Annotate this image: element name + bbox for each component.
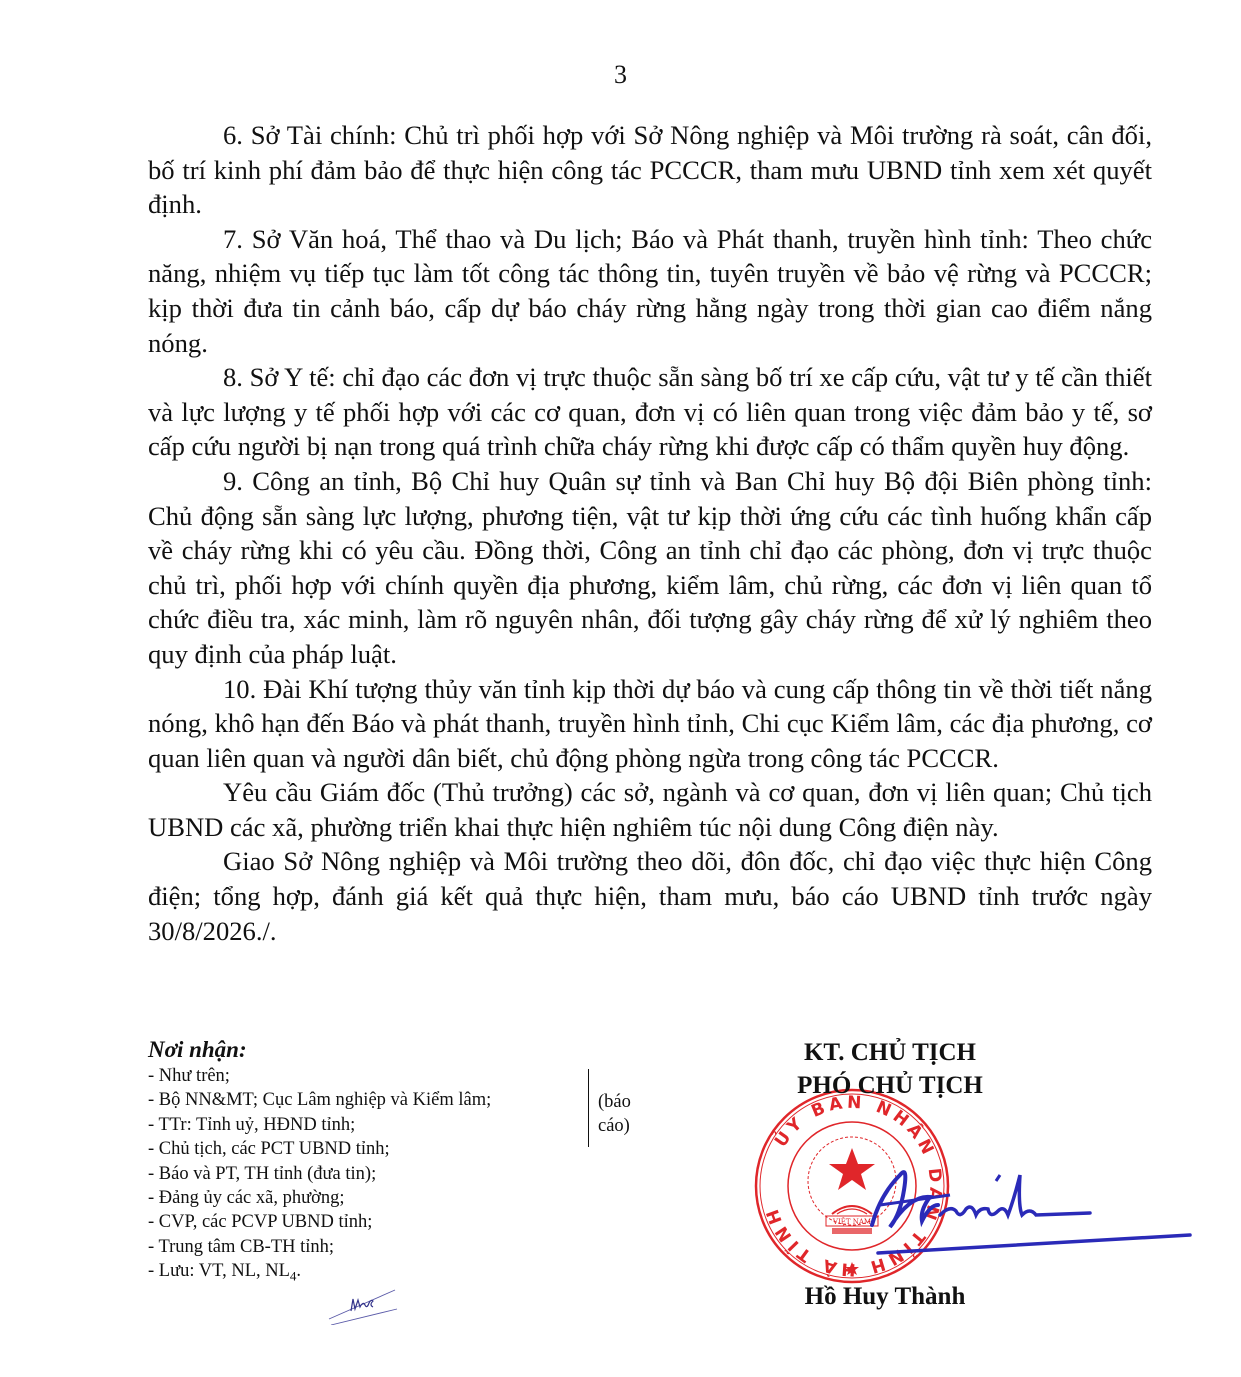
recipients-title: Nơi nhận: (148, 1036, 668, 1064)
recipients-block: Nơi nhận: - Như trên; - Bộ NN&MT; Cục Lâ… (148, 1036, 668, 1289)
bracket-note: (báo cáo) (598, 1090, 648, 1138)
paragraph-item-8: 8. Sở Y tế: chỉ đạo các đơn vị trực thuộ… (148, 360, 1152, 464)
recipient-item: - TTr: Tỉnh uỷ, HĐND tỉnh; (148, 1113, 668, 1137)
archive-label: - Lưu: VT, NL, NL (148, 1261, 290, 1281)
bracket-divider (588, 1069, 590, 1147)
paragraph-item-6: 6. Sở Tài chính: Chủ trì phối hợp với Sở… (148, 118, 1152, 222)
recipient-item: - CVP, các PCVP UBND tỉnh; (148, 1210, 668, 1234)
paragraph-assignment: Giao Sở Nông nghiệp và Môi trường theo d… (148, 844, 1152, 948)
signature-title-line1: KT. CHỦ TỊCH (740, 1036, 1040, 1069)
recipient-item: - Trung tâm CB-TH tỉnh; (148, 1235, 668, 1259)
archive-suffix: . (296, 1261, 301, 1281)
paragraph-item-7: 7. Sở Văn hoá, Thể thao và Du lịch; Báo … (148, 222, 1152, 360)
recipient-item: - Bộ NN&MT; Cục Lâm nghiệp và Kiểm lâm; (148, 1088, 668, 1112)
handwritten-signature-icon (860, 1135, 1200, 1255)
recipients-list: - Như trên; - Bộ NN&MT; Cục Lâm nghiệp v… (148, 1064, 668, 1289)
recipient-item: - Báo và PT, TH tỉnh (đưa tin); (148, 1162, 668, 1186)
paragraph-item-9: 9. Công an tỉnh, Bộ Chỉ huy Quân sự tỉnh… (148, 464, 1152, 672)
signature-title-line2: PHÓ CHỦ TỊCH (740, 1069, 1040, 1102)
signature-block: KT. CHỦ TỊCH PHÓ CHỦ TỊCH (740, 1036, 1040, 1102)
page-number: 3 (0, 60, 1241, 90)
signer-name: Hồ Huy Thành (740, 1283, 1030, 1311)
document-body: 6. Sở Tài chính: Chủ trì phối hợp với Sở… (148, 118, 1152, 948)
initials-signature-icon (325, 1285, 400, 1325)
paragraph-item-10: 10. Đài Khí tượng thủy văn tỉnh kịp thời… (148, 672, 1152, 776)
recipient-item: - Chủ tịch, các PCT UBND tỉnh; (148, 1137, 668, 1161)
recipient-item: - Đảng ủy các xã, phường; (148, 1186, 668, 1210)
recipient-item-archive: - Lưu: VT, NL, NL4. (148, 1259, 668, 1289)
paragraph-request: Yêu cầu Giám đốc (Thủ trưởng) các sở, ng… (148, 775, 1152, 844)
recipient-item: - Như trên; (148, 1064, 668, 1088)
